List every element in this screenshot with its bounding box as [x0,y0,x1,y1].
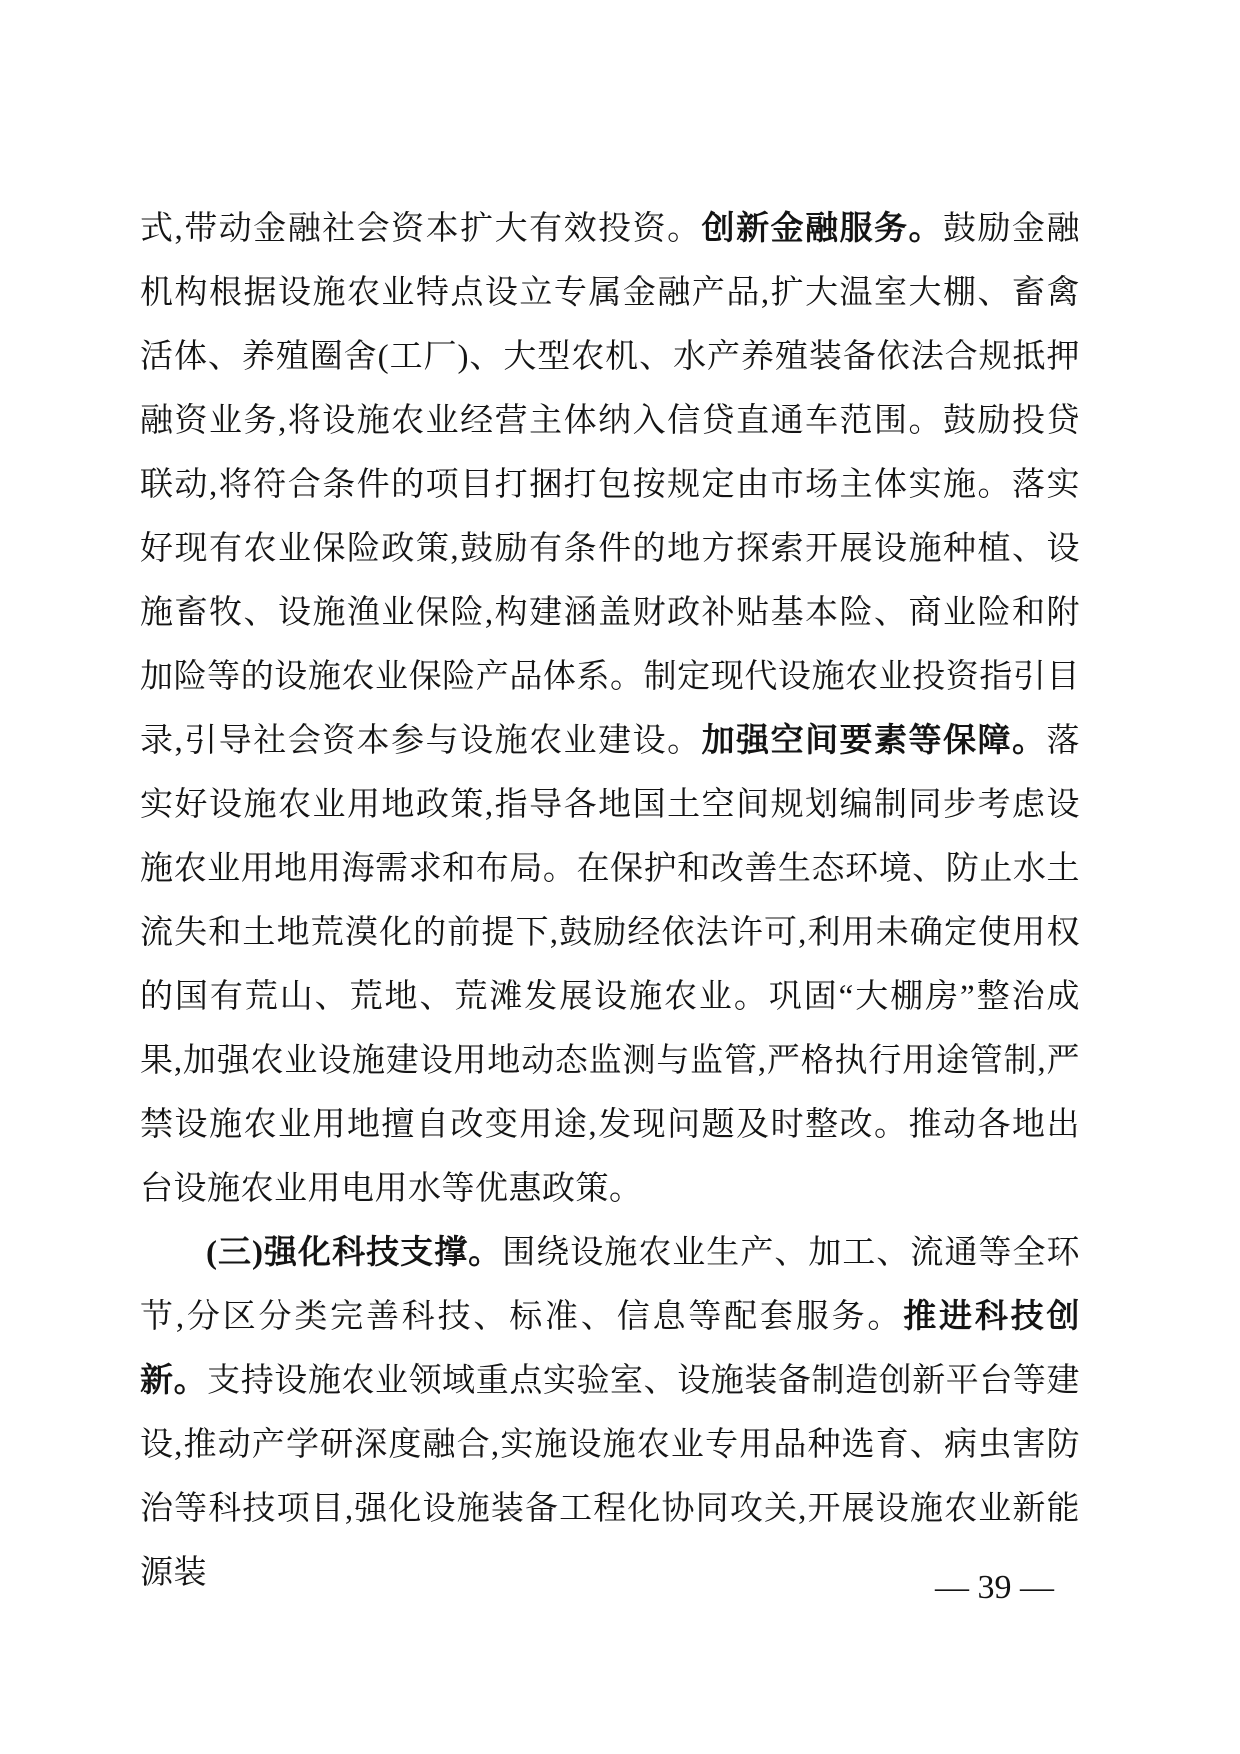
paragraph: 式,带动金融社会资本扩大有效投资。创新金融服务。鼓励金融机构根据设施农业特点设立… [140,197,1080,1221]
page-number: — 39 — [935,1569,1054,1606]
text-run: 支持设施农业领域重点实验室、设施装备制造创新平台等建设,推动产学研深度融合,实施… [140,1363,1080,1591]
text-run: 鼓励金融机构根据设施农业特点设立专属金融产品,扩大温室大棚、畜禽活体、养殖圈舍(… [140,211,1080,759]
document-body: 式,带动金融社会资本扩大有效投资。创新金融服务。鼓励金融机构根据设施农业特点设立… [140,197,1080,1605]
text-run-bold: (三)强化科技支撑。 [206,1235,502,1271]
paragraph: (三)强化科技支撑。围绕设施农业生产、加工、流通等全环节,分区分类完善科技、标准… [140,1221,1080,1605]
text-run-bold: 加强空间要素等保障。 [702,723,1047,759]
document-page: 式,带动金融社会资本扩大有效投资。创新金融服务。鼓励金融机构根据设施农业特点设立… [0,0,1240,1754]
text-run: 落实好设施农业用地政策,指导各地国土空间规划编制同步考虑设施农业用地用海需求和布… [140,723,1080,1207]
text-run: 式,带动金融社会资本扩大有效投资。 [140,211,702,247]
text-run-bold: 创新金融服务。 [702,211,943,247]
page-footer: — 39 — [140,1566,1080,1610]
